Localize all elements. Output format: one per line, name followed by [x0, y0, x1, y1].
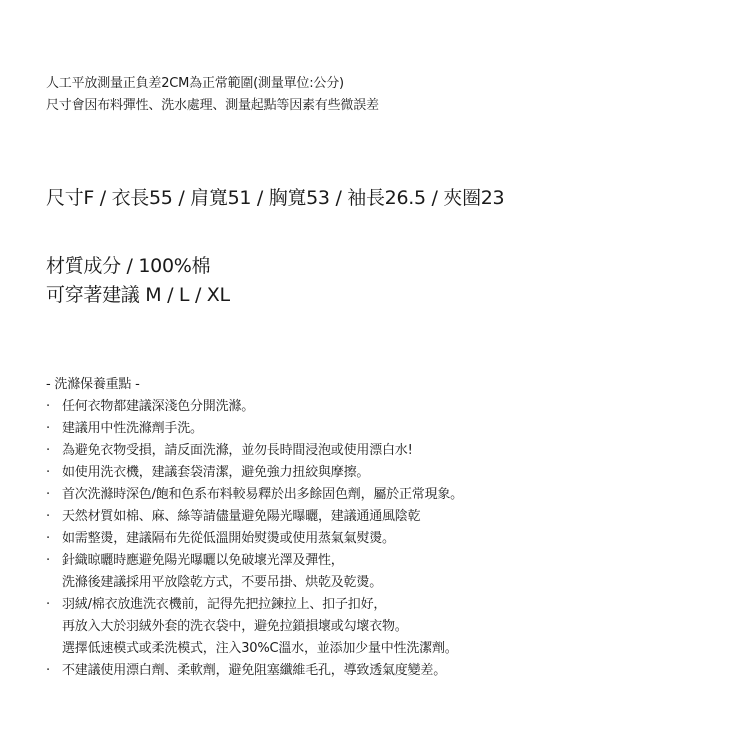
care-item-text: 如需整燙，建議隔布先從低溫開始熨燙或使用蒸氣氣熨燙。 — [62, 531, 395, 546]
measurement-note: 人工平放測量正負差2CM為正常範圍(測量單位:公分) 尺寸會因布料彈性、洗水處理… — [46, 73, 379, 117]
care-item-text: 建議用中性洗滌劑手洗。 — [62, 421, 203, 436]
bullet-icon: · — [46, 418, 62, 440]
care-item: · 為避免衣物受損，請反面洗滌，並勿長時間浸泡或使用漂白水! — [46, 440, 463, 462]
measurement-note-line: 人工平放測量正負差2CM為正常範圍(測量單位:公分) — [46, 73, 379, 95]
care-item-text: 任何衣物都建議深淺色分開洗滌。 — [62, 399, 254, 414]
care-item: · 天然材質如棉、麻、絲等請儘量避免陽光曝曬，建議通通風陰乾 — [46, 506, 463, 528]
care-item-text: 為避免衣物受損，請反面洗滌，並勿長時間浸泡或使用漂白水! — [62, 443, 413, 458]
care-item-continuation: 洗滌後建議採用平放陰乾方式，不要吊掛、烘乾及乾燙。 — [46, 572, 463, 594]
bullet-icon: · — [46, 440, 62, 462]
material-composition: 材質成分 / 100%棉 — [46, 252, 230, 281]
bullet-icon: · — [46, 550, 62, 572]
care-item: · 建議用中性洗滌劑手洗。 — [46, 418, 463, 440]
bullet-icon: · — [46, 396, 62, 418]
care-item-text: 不建議使用漂白劑、柔軟劑，避免阻塞纖維毛孔，導致透氣度變差。 — [62, 663, 446, 678]
care-item-text: 針織晾曬時應避免陽光曝曬以免破壞光澤及彈性， — [62, 553, 344, 568]
size-spec: 尺寸F / 衣長55 / 肩寬51 / 胸寬53 / 袖長26.5 / 夾圈23 — [46, 184, 504, 212]
care-item-continuation: 再放入大於羽絨外套的洗衣袋中，避免拉鎖損壞或勾壞衣物。 — [46, 616, 463, 638]
bullet-icon: · — [46, 594, 62, 616]
care-item: · 如使用洗衣機，建議套袋清潔，避免強力扭絞與摩擦。 — [46, 462, 463, 484]
care-item-continuation: 選擇低速模式或柔洗模式，注入30%C溫水，並添加少量中性洗潔劑。 — [46, 638, 463, 660]
bullet-icon: · — [46, 528, 62, 550]
care-item-text: 首次洗滌時深色/飽和色系布料較易釋於出多餘固色劑，屬於正常現象。 — [62, 487, 463, 502]
care-item: · 如需整燙，建議隔布先從低溫開始熨燙或使用蒸氣氣熨燙。 — [46, 528, 463, 550]
recommended-sizes: 可穿著建議 M / L / XL — [46, 281, 230, 310]
care-item-text: 羽絨/棉衣放進洗衣機前，記得先把拉鍊拉上、扣子扣好， — [62, 597, 386, 612]
bullet-icon: · — [46, 462, 62, 484]
bullet-icon: · — [46, 506, 62, 528]
care-instructions: - 洗滌保養重點 - · 任何衣物都建議深淺色分開洗滌。 · 建議用中性洗滌劑手… — [46, 374, 463, 682]
bullet-icon: · — [46, 660, 62, 682]
care-item: · 不建議使用漂白劑、柔軟劑，避免阻塞纖維毛孔，導致透氣度變差。 — [46, 660, 463, 682]
measurement-note-line: 尺寸會因布料彈性、洗水處理、測量起點等因素有些微誤差 — [46, 95, 379, 117]
care-item-text: 如使用洗衣機，建議套袋清潔，避免強力扭絞與摩擦。 — [62, 465, 369, 480]
care-title: - 洗滌保養重點 - — [46, 374, 463, 396]
care-item: · 羽絨/棉衣放進洗衣機前，記得先把拉鍊拉上、扣子扣好， — [46, 594, 463, 616]
bullet-icon: · — [46, 484, 62, 506]
material-info: 材質成分 / 100%棉 可穿著建議 M / L / XL — [46, 252, 230, 310]
care-item: · 針織晾曬時應避免陽光曝曬以免破壞光澤及彈性， — [46, 550, 463, 572]
care-item: · 首次洗滌時深色/飽和色系布料較易釋於出多餘固色劑，屬於正常現象。 — [46, 484, 463, 506]
care-item: · 任何衣物都建議深淺色分開洗滌。 — [46, 396, 463, 418]
care-item-text: 天然材質如棉、麻、絲等請儘量避免陽光曝曬，建議通通風陰乾 — [62, 509, 420, 524]
